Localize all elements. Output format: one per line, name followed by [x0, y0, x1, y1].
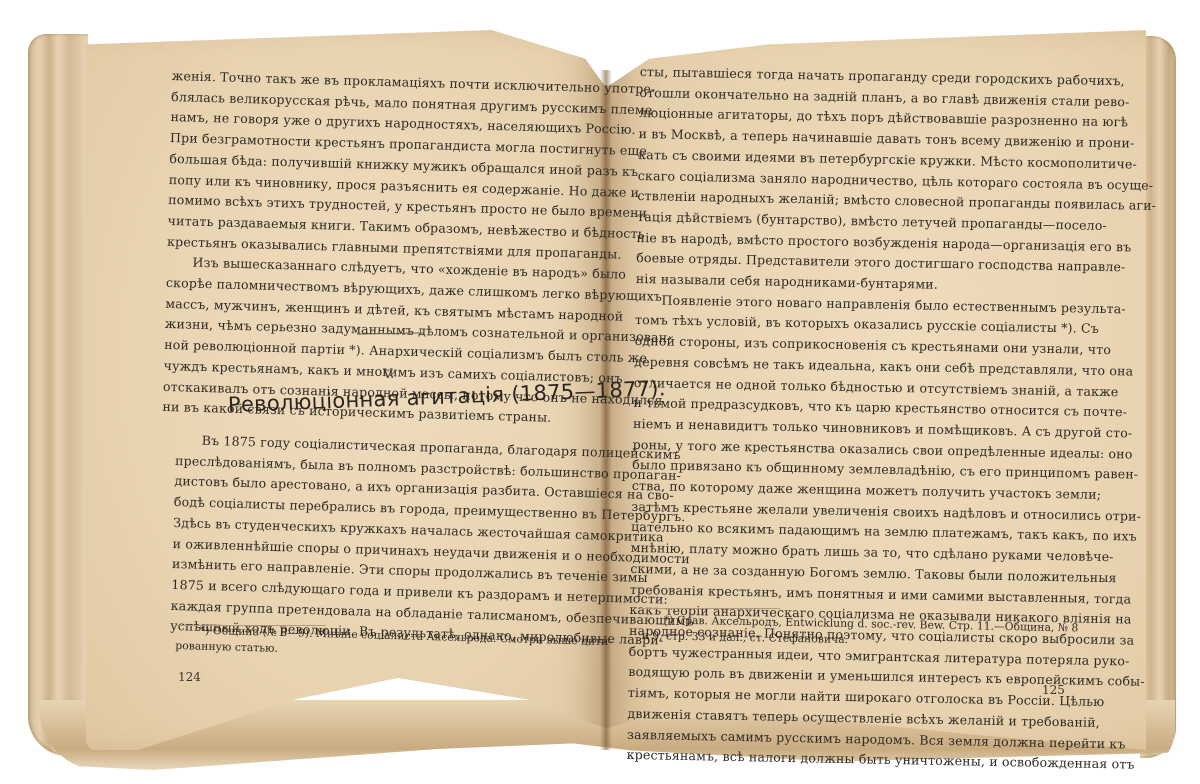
- left-page-body-bottom: Въ 1875 году соціалистическая пропаганда…: [170, 430, 596, 649]
- right-page-number: 125: [1042, 683, 1065, 697]
- open-book: женія. Точно такъ же въ прокламаціяхъ по…: [0, 0, 1200, 784]
- left-page-number: 124: [178, 670, 201, 684]
- section-number: V.: [383, 367, 394, 382]
- left-page-body-top: женія. Точно такъ же въ прокламаціяхъ по…: [162, 66, 592, 430]
- footnote-rule-right: [640, 608, 780, 609]
- right-page-body: сты, пытавшіеся тогда начать пропаганду …: [626, 62, 1079, 774]
- left-page-stack-edge: [28, 34, 88, 756]
